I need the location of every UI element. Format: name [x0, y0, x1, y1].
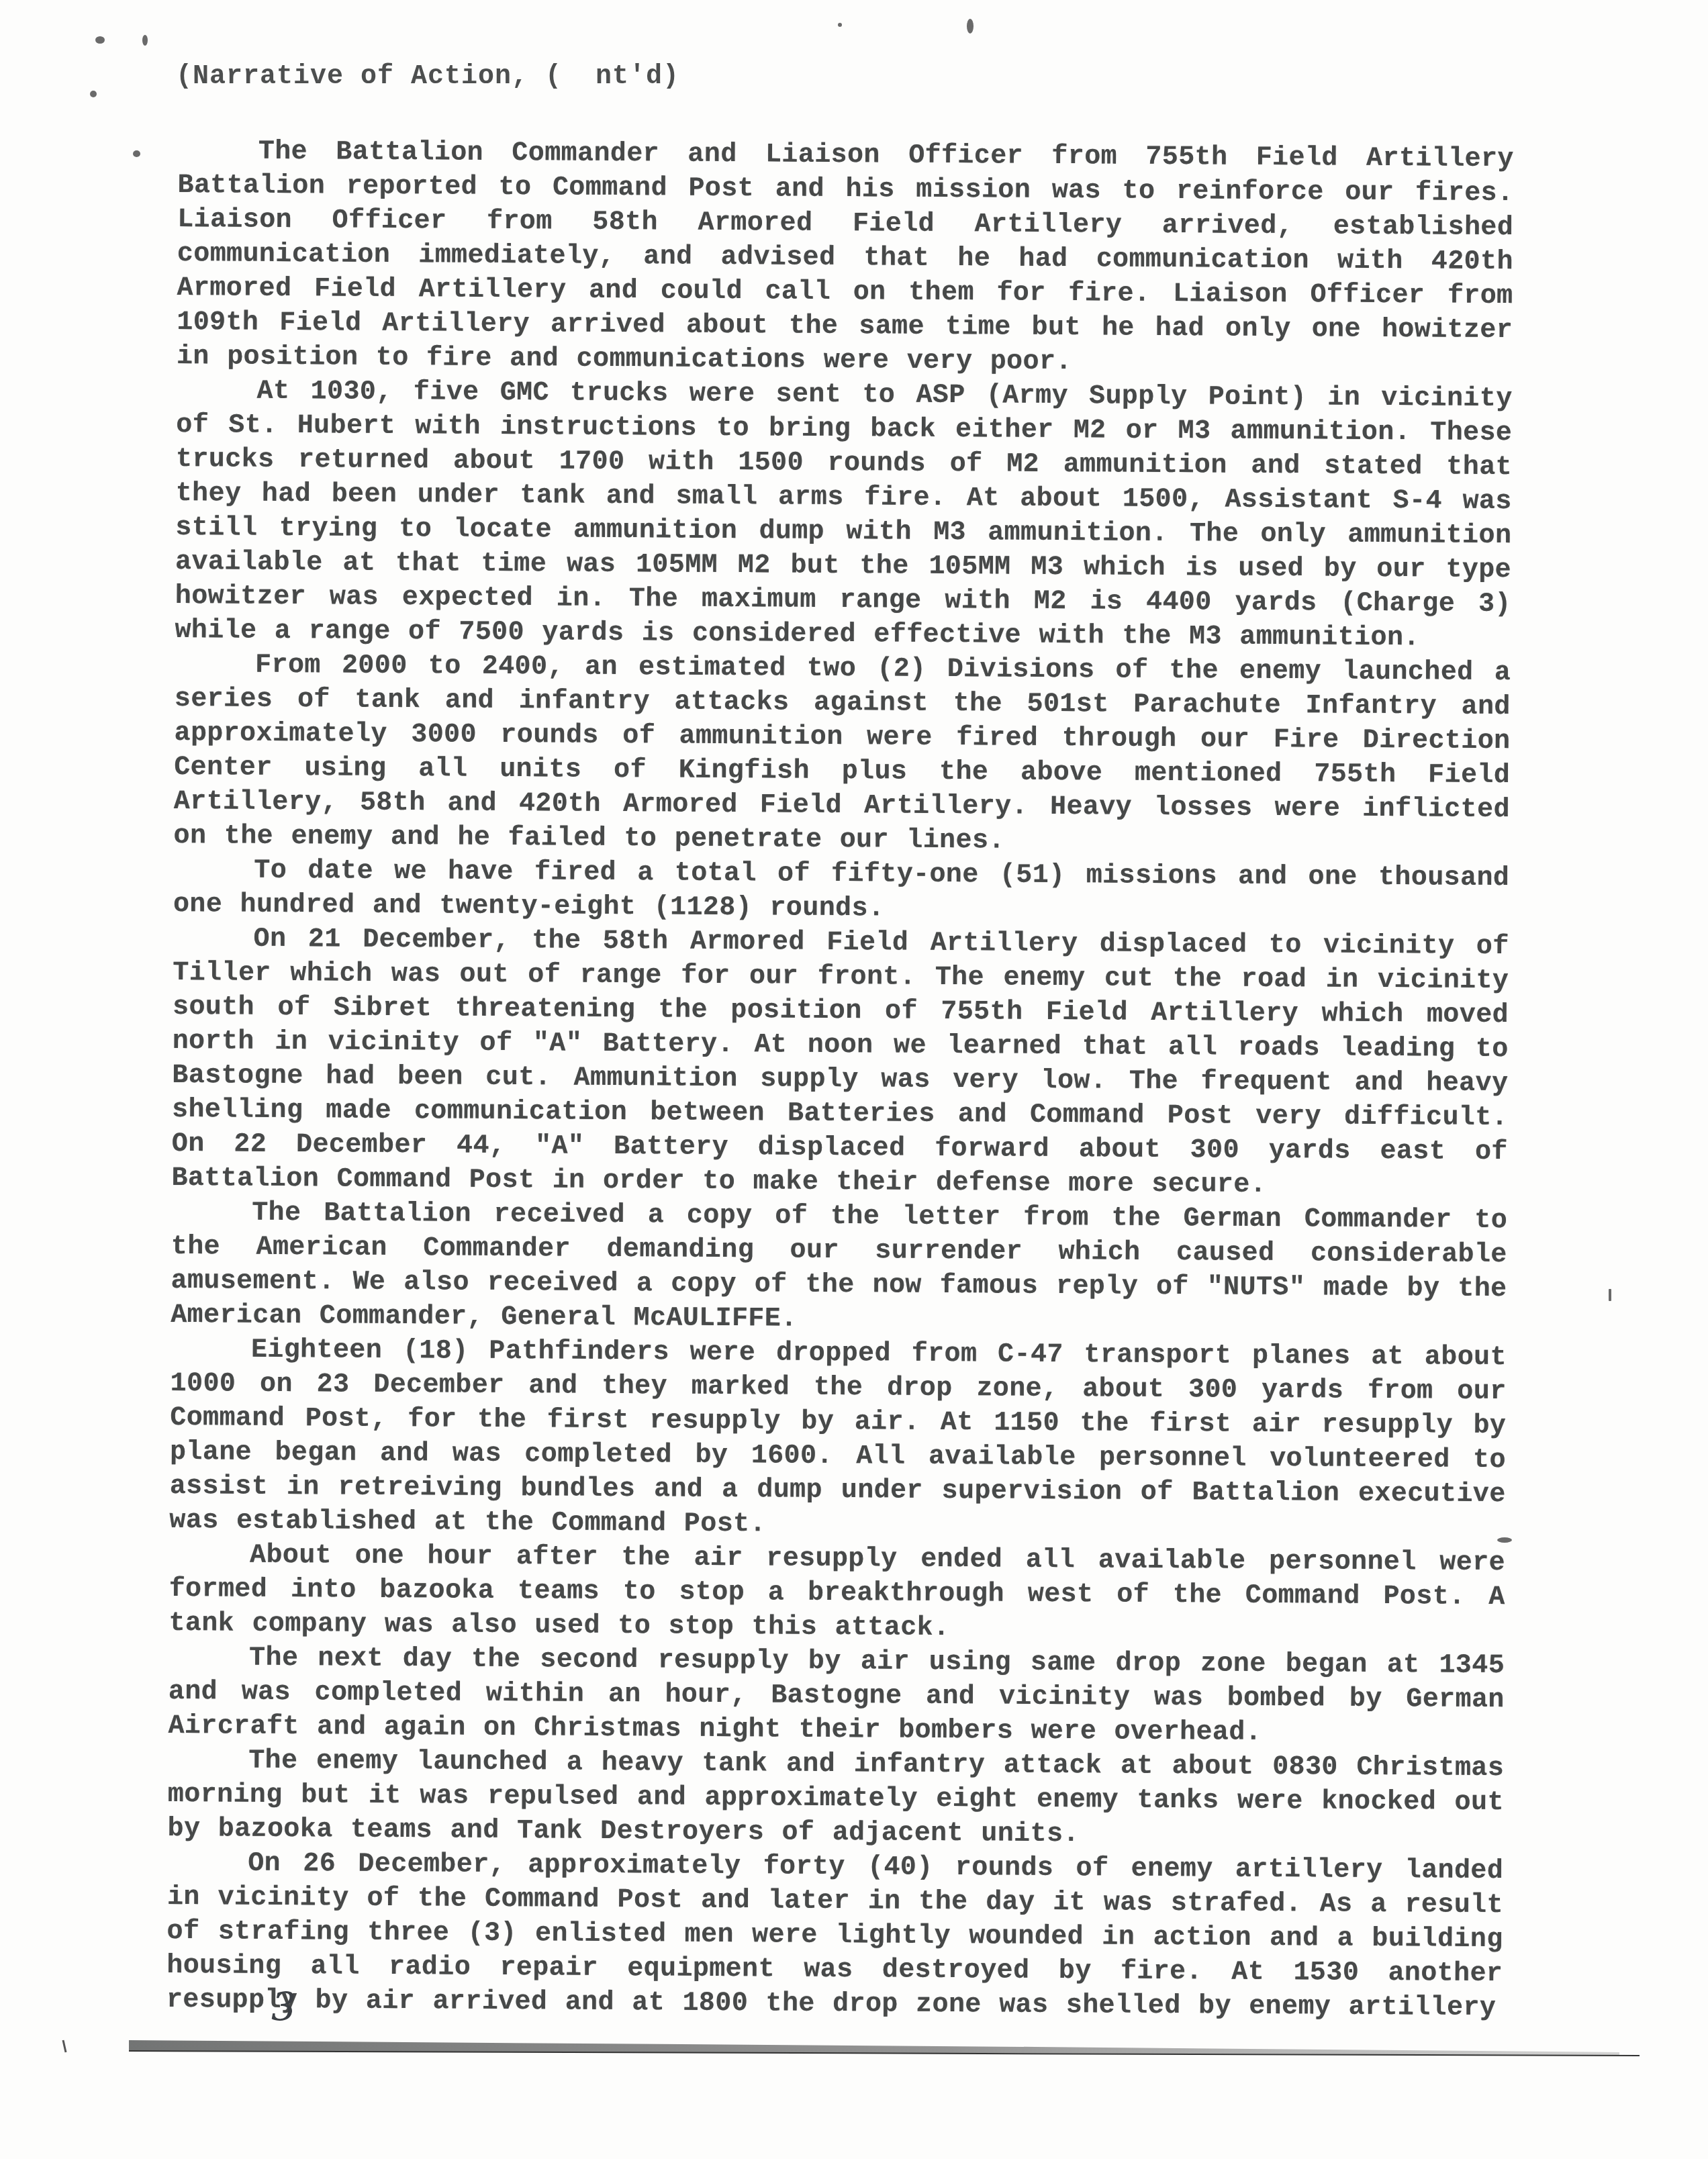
document-body: The Battalion Commander and Liaison Offi…	[167, 134, 1514, 2025]
scanned-page: (Narrative of Action, ( nt'd) The Battal…	[0, 0, 1708, 2159]
paragraph-second-resupply: The next day the second resupply by air …	[168, 1641, 1505, 1752]
scan-speck	[142, 35, 148, 46]
scan-speck	[838, 23, 842, 27]
paragraph-ammunition-trucks: At 1030, five GMC trucks were sent to AS…	[175, 374, 1512, 656]
page-number: 3	[271, 1984, 296, 2029]
paragraph-missions-total: To date we have fired a total of fifty-o…	[173, 853, 1510, 930]
paragraph-christmas-attack: The enemy launched a heavy tank and infa…	[167, 1743, 1504, 1854]
scan-speck	[1609, 1289, 1611, 1301]
scan-speck	[90, 91, 97, 97]
scan-speck	[133, 150, 140, 157]
document-header: (Narrative of Action, ( nt'd)	[176, 62, 679, 92]
paragraph-26-december: On 26 December, approximately forty (40)…	[167, 1846, 1504, 2025]
scan-speck	[967, 19, 974, 34]
scan-bottom-edge	[28, 2037, 1666, 2056]
paragraph-21-december: On 21 December, the 58th Armored Field A…	[171, 922, 1509, 1204]
paragraph-enemy-attacks: From 2000 to 2400, an estimated two (2) …	[173, 648, 1511, 861]
paragraph-pathfinders: Eighteen (18) Pathfinders were dropped f…	[169, 1333, 1507, 1546]
scan-speck	[95, 36, 105, 44]
paragraph-bazooka-teams: About one hour after the air resupply en…	[169, 1538, 1505, 1649]
paragraph-surrender-letter: The Battalion received a copy of the let…	[171, 1196, 1507, 1341]
paragraph-liaison-officers: The Battalion Commander and Liaison Offi…	[177, 134, 1514, 382]
